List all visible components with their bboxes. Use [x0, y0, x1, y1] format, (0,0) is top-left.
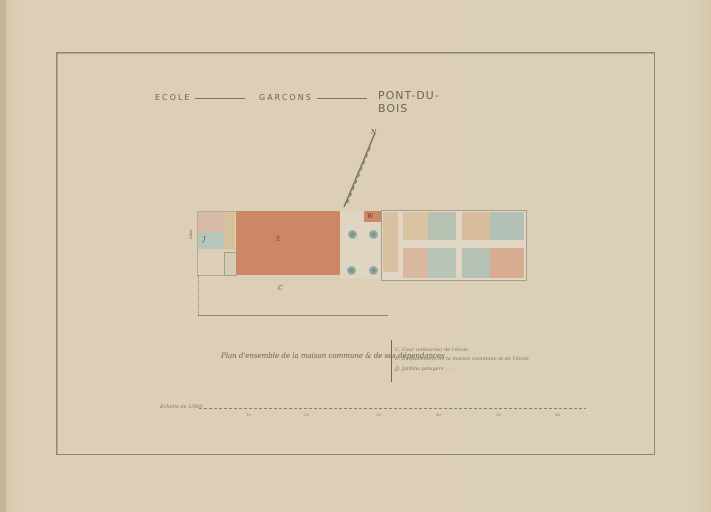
courtyard-boundary	[198, 315, 388, 316]
title-school: ECOLE	[155, 93, 191, 102]
title-rule	[317, 98, 367, 99]
annex-room-blue	[198, 232, 224, 249]
scale-tick: 40	[436, 412, 441, 417]
scale-tick: 10	[246, 412, 251, 417]
annex-room-tan	[224, 212, 235, 249]
tree-icon	[369, 230, 378, 239]
north-arrow-icon	[330, 125, 390, 215]
garden-label: J	[203, 236, 205, 243]
scale-label: Echelle de 1/500	[160, 404, 203, 410]
title-type: GARCONS	[259, 93, 313, 102]
tree-icon	[347, 266, 356, 275]
legend-brace	[391, 340, 392, 382]
garden-path-strip	[383, 212, 398, 272]
scale-bar	[199, 408, 586, 409]
wc-label: W	[367, 213, 373, 220]
garden-plot	[428, 212, 456, 240]
north-label: N	[371, 129, 376, 136]
binding-edge	[0, 0, 6, 512]
main-building	[236, 211, 340, 275]
garden-plot	[462, 212, 490, 240]
title-place: PONT-DU-BOIS	[378, 89, 455, 115]
courtyard-label: C	[278, 285, 283, 292]
garden-plot	[428, 248, 456, 278]
scale-tick: 60	[555, 412, 560, 417]
garden-plot	[462, 248, 490, 278]
garden-plot	[403, 212, 428, 240]
side-dimension: 20m	[188, 230, 193, 239]
courtyard-boundary	[198, 275, 200, 315]
drawing-title: ECOLE GARCONS PONT-DU-BOIS	[155, 91, 455, 105]
building-label: E	[276, 236, 280, 243]
legend-item-e: E. Emplacement de la maison commune et d…	[395, 356, 529, 362]
legend-item-jj: JJ. Jardins potagers . . .	[395, 366, 453, 372]
tree-icon	[348, 230, 357, 239]
annex-room-pink	[198, 212, 224, 232]
scale-tick: 50	[496, 412, 501, 417]
garden-plot	[403, 248, 428, 278]
tree-icon	[369, 266, 378, 275]
garden-plot	[490, 248, 524, 278]
scale-tick: 20	[304, 412, 309, 417]
legend-item-c: C. Cour (entourée) de l'école	[395, 347, 468, 353]
scale-tick: 30	[376, 412, 381, 417]
title-rule	[195, 98, 245, 99]
garden-plot	[490, 212, 524, 240]
